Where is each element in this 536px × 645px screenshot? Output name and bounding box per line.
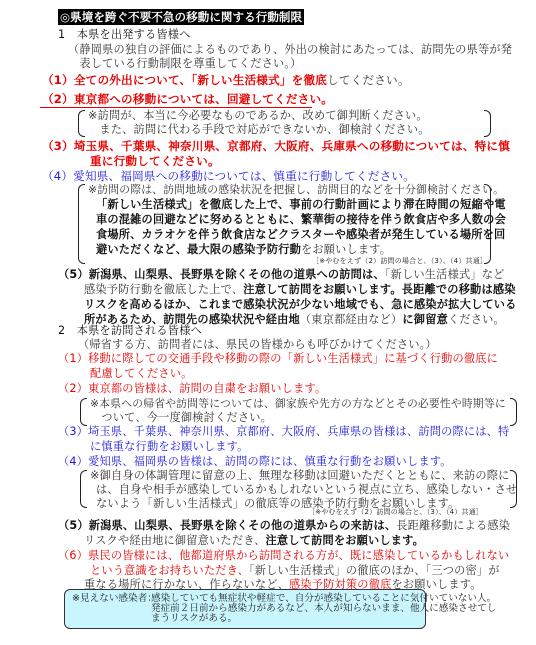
section1-item5-line2: 感染予防行動を徹底した上で、注意して訪問をお願いします。長距離での移動は感染 bbox=[84, 283, 516, 297]
section2-item4-note-line1: ※御自身の体調管理に留意の上、無理な移動は回避いただくとともに、来訪の際に bbox=[90, 469, 510, 483]
section1-item5-line3: リスクを高めるほか、これまで感染状況が少ない地域でも、急に感染が拡大している bbox=[84, 298, 517, 312]
bracket-right bbox=[484, 110, 491, 137]
bracket-left bbox=[78, 110, 85, 137]
section2-intro: （帰省する方、訪問者には、県民の皆様からも呼びかけてください。） bbox=[78, 338, 437, 352]
section1-item2: （2）東京都への移動については、回避してください。 bbox=[42, 92, 333, 106]
section1-intro-line2: 表している行動制限を尊重してください。） bbox=[68, 57, 302, 71]
section1-item4-note-line1: 「新しい生活様式」を徹底した上で、事前の行動計画により滞在時間の短縮や電 bbox=[96, 198, 506, 212]
note-label: ※見えない感染者： bbox=[72, 593, 157, 604]
section2-item4: （4）愛知県、福岡県の皆様は、訪問の際には、慎重な行動をお願いします。 bbox=[58, 455, 452, 469]
section1-item1: （1）全ての外出について、「新しい生活様式」を徹底してください。 bbox=[42, 73, 410, 87]
section2-item2: （2）東京都の皆様は、訪問の自粛をお願いします。 bbox=[58, 382, 326, 396]
section2-item3-line1: （3）埼玉県、千葉県、神奈川県、京都府、大阪府、兵庫県の皆様は、訪問の際には、特 bbox=[58, 425, 509, 439]
section1-item4-note-first: ※訪問の際は、訪問地域の感染状況を把握し、訪問目的などを十分御検討ください。 bbox=[88, 183, 504, 197]
section2-item5-line2: リスクや経由地に御留意いただき、注意して訪問をお願いします。 bbox=[84, 534, 424, 548]
section1-item2-note-line2: また、訪問に代わる手段で対応ができないか、御検討ください。 bbox=[88, 123, 430, 137]
section2-item2-note-line1: ※本県への帰省や訪問等については、御家族や先方の方などとその必要性や時期等に bbox=[90, 397, 506, 411]
section2-footnote: ［※やむをえず（2）訪問の場合と、（3）、（4）共通］ bbox=[308, 508, 483, 517]
section2-item6-line1: （6）県民の皆様には、他都道府県から訪問される方が、既に感染しているかもしれない bbox=[58, 549, 509, 563]
section1-item4-note-line2: 車の混雑の回避などに努めるとともに、繁華街の接待を伴う飲食店や多人数の会 bbox=[96, 213, 506, 227]
red-underline bbox=[40, 107, 312, 108]
section2-item3-line2: に慎重な行動をお願いします。 bbox=[90, 440, 249, 454]
section2-heading: 2 本県を訪問される皆様へ bbox=[58, 324, 202, 338]
section1-item4-note-line4: 避いただくなど、最大限の感染予防行動をお願いします。 bbox=[96, 243, 391, 257]
section1-item3-line2: 重に行動してください。 bbox=[90, 154, 220, 168]
section2-item2-note-line2: ついて、今一度御検討ください。 bbox=[90, 411, 272, 425]
section1-item5-line1: （5）新潟県、山梨県、長野県を除くその他の道県への訪問は、「新しい生活様式」など bbox=[58, 268, 505, 282]
section1-intro-line1: （静岡県の独自の評価によるものであり、外出の検討にあたっては、訪問先の県等が発 bbox=[68, 43, 512, 57]
section2-item6-line2: という意識をお持ちいただき、「新しい生活様式」の徹底のほか、「三つの密」が bbox=[90, 564, 500, 578]
invisible-infected-note: ※見えない感染者： 感染していても無症状や軽症で、自分が感染していることに気付い… bbox=[64, 589, 426, 629]
section1-item4: （4）愛知県、福岡県への移動については、慎重に行動してください。 bbox=[42, 169, 415, 183]
section2-item1-line2: 配慮してください。 bbox=[90, 367, 193, 381]
bracket-right bbox=[510, 398, 517, 426]
bracket-left bbox=[78, 184, 85, 264]
section1-heading: 1 本県を出発する皆様へ bbox=[58, 28, 191, 42]
section1-item4-note-line3: 食場所、カラオケを伴う飲食店などクラスターや感染者が発生している場所を回 bbox=[96, 228, 505, 242]
document-page: ◎県境を跨ぐ不要不急の移動に関する行動制限 1 本県を出発する皆様へ （静岡県の… bbox=[0, 0, 536, 645]
section1-item2-note-line1: ※訪問が、本当に今必要なものであるか、改めて御判断ください。 bbox=[88, 109, 428, 123]
section2-item1-line1: （1）移動に際しての交通手段や移動の際の「新しい生活様式」に基づく行動の徹底に bbox=[58, 352, 498, 366]
section1-footnote: ［※やむをえず（2）訪問の場合と、（3）、（4）共通］ bbox=[312, 257, 487, 266]
page-title: ◎県境を跨ぐ不要不急の移動に関する行動制限 bbox=[58, 9, 304, 25]
section2-item4-note-line2: は、自身や相手が感染しているかもしれないという視点に立ち、感染しない・させ bbox=[96, 483, 517, 497]
section1-item3-line1: （3）埼玉県、千葉県、神奈川県、京都府、大阪府、兵庫県への移動については、特に慎 bbox=[42, 139, 510, 153]
bracket-left bbox=[80, 398, 87, 426]
bracket-left bbox=[80, 470, 87, 508]
note-line3: まうリスクがある。 bbox=[151, 613, 237, 624]
section2-item5-line1: （5）新潟県、山梨県、長野県を除くその他の道県からの来訪は、長距離移動による感染 bbox=[58, 519, 510, 533]
